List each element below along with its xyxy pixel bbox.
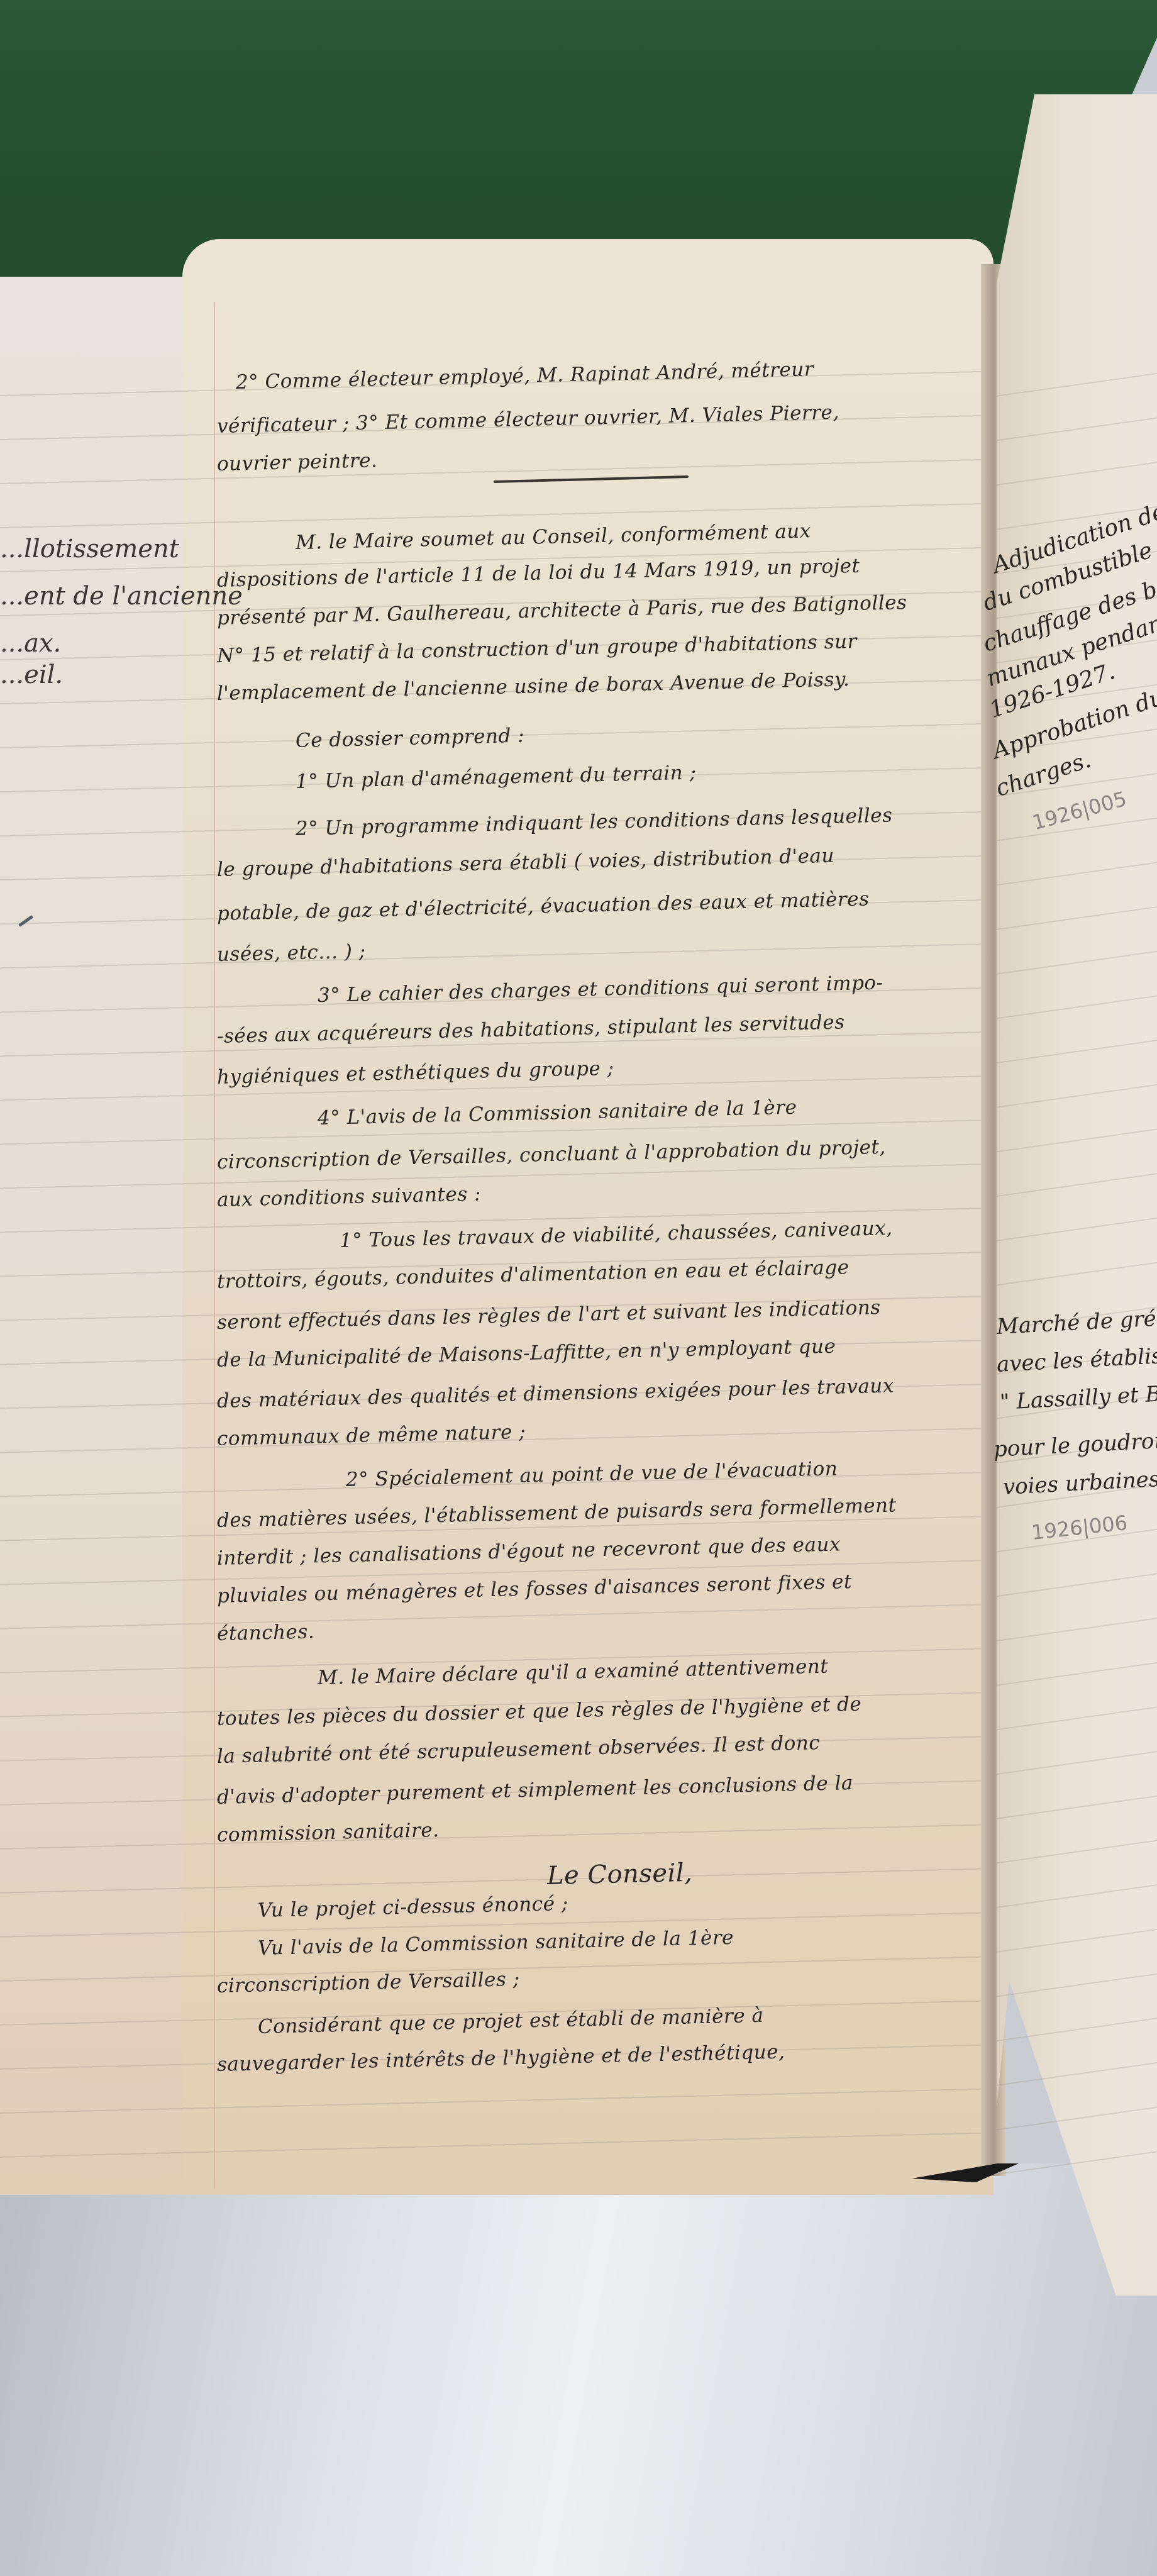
text-line: ouvrier peintre. [217, 449, 378, 475]
left-margin-note: ...eil. [0, 660, 63, 689]
left-margin-note: ...ax. [0, 629, 61, 658]
left-margin-note: ...llotissement [0, 535, 179, 563]
table-surface [0, 2163, 1157, 2576]
section-heading: Le Conseil, [546, 1858, 692, 1890]
left-margin-note: ...ent de l'ancienne [0, 582, 243, 611]
text-line: usées, etc... ) ; [217, 940, 366, 966]
text-line: étanches. [217, 1620, 315, 1645]
